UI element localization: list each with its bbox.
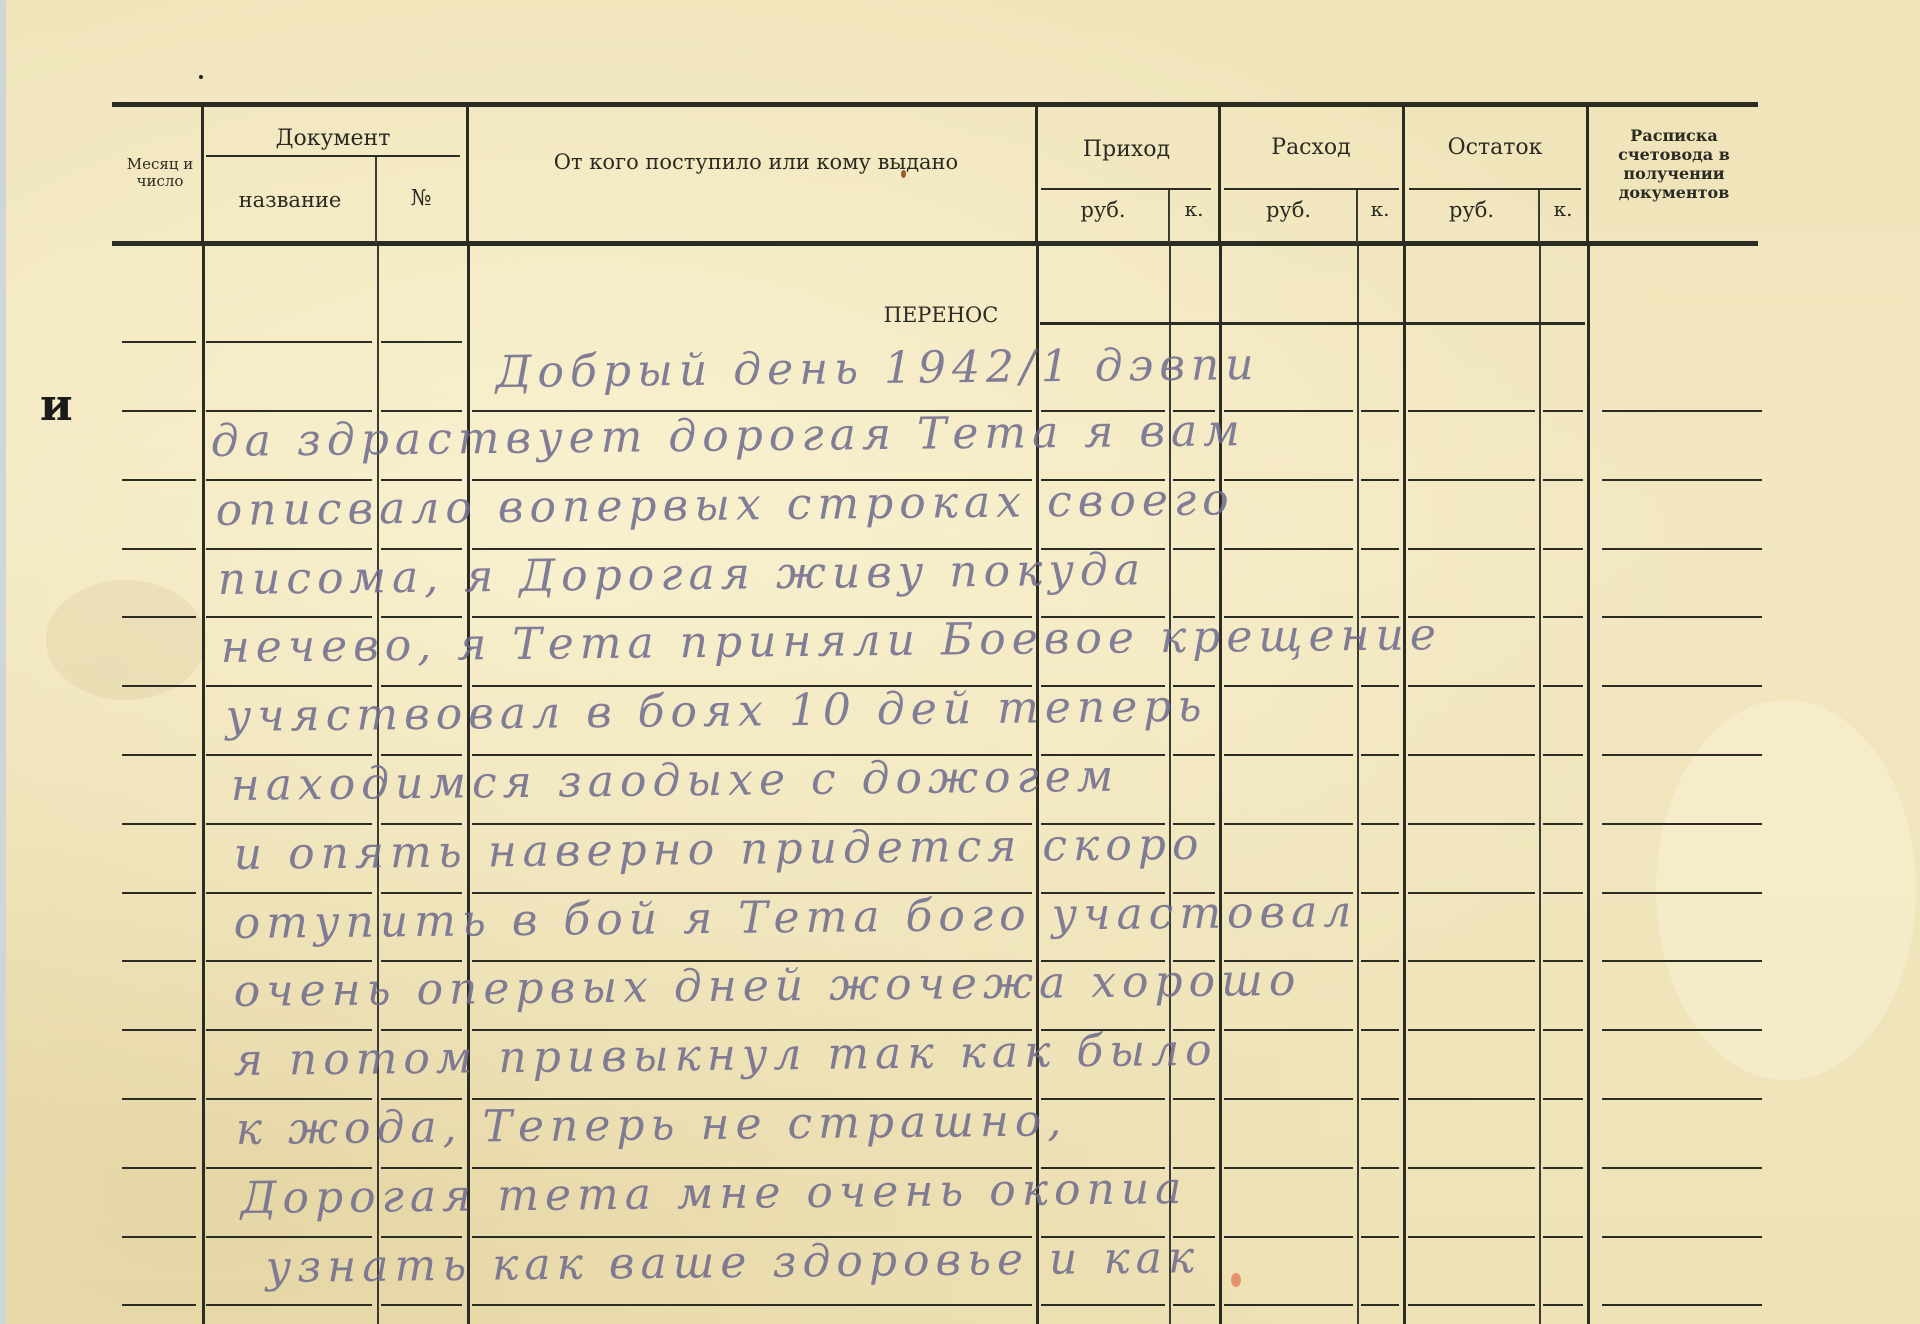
row-rule — [1602, 1167, 1762, 1169]
row-rule — [1408, 1029, 1535, 1031]
row-rule — [206, 341, 372, 343]
header-income-rub: руб. — [1038, 198, 1168, 222]
row-rule — [1543, 548, 1583, 550]
col-divider — [1402, 107, 1405, 243]
paper-stain — [199, 75, 203, 79]
row-rule — [122, 548, 196, 550]
row-rule — [1602, 548, 1762, 550]
header-balance: Остаток — [1405, 135, 1585, 160]
header-income: Приход — [1038, 137, 1215, 162]
row-rule — [206, 1236, 372, 1238]
row-rule — [1408, 892, 1535, 894]
row-rule — [1602, 754, 1762, 756]
row-rule — [1602, 479, 1762, 481]
row-rule — [206, 1029, 372, 1031]
handwritten-line: очень опервых дней жочежа хорошо — [233, 955, 1301, 1017]
header-expense-rub: руб. — [1221, 198, 1356, 222]
row-rule — [1543, 960, 1583, 962]
row-rule — [1543, 892, 1583, 894]
col-divider — [1586, 107, 1589, 243]
row-rule — [206, 410, 372, 412]
carry-over-label: ПЕРЕНОС — [856, 303, 1026, 327]
row-rule — [1224, 823, 1353, 825]
row-rule — [1361, 548, 1399, 550]
row-rule — [1224, 1167, 1353, 1169]
row-rule — [1361, 1304, 1399, 1306]
row-rule — [1361, 410, 1399, 412]
row-rule — [1602, 892, 1762, 894]
row-rule — [472, 1304, 1032, 1306]
row-rule — [1602, 1236, 1762, 1238]
handwritten-line: нечево, я Тета приняли Боевое крещение — [220, 609, 1442, 673]
row-rule — [1602, 823, 1762, 825]
col-divider — [1587, 246, 1590, 1324]
row-rule — [1041, 1304, 1165, 1306]
row-rule — [1408, 479, 1535, 481]
row-rule — [381, 754, 462, 756]
row-rule — [381, 823, 462, 825]
row-rule — [1408, 410, 1535, 412]
row-rule — [1361, 479, 1399, 481]
row-rule — [1543, 823, 1583, 825]
row-rule — [122, 892, 196, 894]
paper-sheet: и Месяц и число Документ название № От к… — [6, 0, 1920, 1324]
row-rule — [381, 548, 462, 550]
row-rule — [1361, 1236, 1399, 1238]
row-rule — [122, 341, 196, 343]
row-rule — [206, 685, 372, 687]
top-rule — [112, 102, 1758, 107]
row-rule — [206, 548, 372, 550]
row-rule — [381, 1029, 462, 1031]
header-document-name: название — [206, 188, 374, 212]
row-rule — [1408, 754, 1535, 756]
row-rule — [381, 410, 462, 412]
row-rule — [122, 1167, 196, 1169]
col-divider — [202, 246, 205, 1324]
handwritten-line: находимся заодыхе с дожогем — [230, 751, 1119, 811]
document-sub-rule — [206, 155, 460, 157]
row-rule — [381, 341, 462, 343]
row-rule — [1543, 1304, 1583, 1306]
row-rule — [1361, 823, 1399, 825]
header-income-kop: к. — [1170, 198, 1218, 221]
row-rule — [1224, 1029, 1353, 1031]
row-rule — [381, 1236, 462, 1238]
row-rule — [1361, 685, 1399, 687]
header-document-number: № — [378, 186, 464, 211]
income-sub-rule — [1041, 188, 1211, 190]
header-from-to: От кого поступило или кому выдано — [536, 142, 976, 183]
row-rule — [122, 960, 196, 962]
handwritten-line: я потом привыкнул так как было — [233, 1025, 1217, 1086]
row-rule — [206, 754, 372, 756]
row-rule — [1408, 685, 1535, 687]
expense-sub-rule — [1224, 188, 1399, 190]
row-rule — [1602, 1098, 1762, 1100]
header-expense-kop: к. — [1358, 198, 1402, 221]
row-rule — [1224, 1098, 1353, 1100]
header-balance-kop: к. — [1540, 198, 1586, 221]
handwritten-line: учяствовал в боях 10 дей теперь — [225, 681, 1207, 742]
header-bottom-rule — [112, 241, 1758, 246]
row-rule — [1173, 1304, 1215, 1306]
handwritten-line: к жода, Теперь не страшно, — [235, 1095, 1067, 1155]
col-divider — [466, 107, 469, 243]
row-rule — [1602, 1029, 1762, 1031]
row-rule — [122, 1029, 196, 1031]
handwritten-line: описвало вопервых строках своего — [215, 474, 1234, 536]
balance-sub-rule — [1409, 188, 1581, 190]
row-rule — [206, 1304, 372, 1306]
row-rule — [381, 1098, 462, 1100]
row-rule — [206, 1098, 372, 1100]
row-rule — [1543, 616, 1583, 618]
row-rule — [1173, 548, 1215, 550]
row-rule — [122, 685, 196, 687]
handwritten-line: узнать как ваше здоровье и как — [265, 1232, 1200, 1293]
row-rule — [381, 1167, 462, 1169]
col-divider — [1357, 246, 1359, 1324]
paper-stain — [46, 580, 206, 700]
col-divider — [1539, 246, 1541, 1324]
row-rule — [206, 1167, 372, 1169]
handwritten-line: и опять наверно придется скоро — [233, 819, 1204, 880]
row-rule — [1224, 1236, 1353, 1238]
row-rule — [1543, 479, 1583, 481]
row-rule — [122, 479, 196, 481]
row-rule — [1408, 823, 1535, 825]
row-rule — [1361, 754, 1399, 756]
header-document: Документ — [206, 126, 460, 151]
row-rule — [1543, 685, 1583, 687]
row-rule — [206, 616, 372, 618]
row-rule — [122, 823, 196, 825]
row-rule — [122, 1098, 196, 1100]
row-rule — [122, 754, 196, 756]
row-rule — [381, 892, 462, 894]
row-rule — [1361, 1098, 1399, 1100]
row-rule — [1224, 1304, 1353, 1306]
row-rule — [1408, 1304, 1535, 1306]
margin-mark: и — [40, 380, 73, 431]
col-divider — [1035, 107, 1038, 243]
row-rule — [1361, 1167, 1399, 1169]
row-rule — [1224, 479, 1353, 481]
row-rule — [1408, 960, 1535, 962]
row-rule — [1224, 754, 1353, 756]
row-rule — [1173, 1098, 1215, 1100]
row-rule — [1408, 1167, 1535, 1169]
row-rule — [1408, 548, 1535, 550]
row-rule — [1224, 548, 1353, 550]
row-rule — [1602, 685, 1762, 687]
col-divider — [1218, 107, 1221, 243]
row-rule — [1361, 960, 1399, 962]
row-rule — [381, 616, 462, 618]
row-rule — [122, 1236, 196, 1238]
row-rule — [381, 685, 462, 687]
row-rule — [206, 892, 372, 894]
row-rule — [1543, 1236, 1583, 1238]
handwritten-line: писома, я Дорогая живу покуда — [217, 544, 1146, 605]
row-rule — [1543, 754, 1583, 756]
row-rule — [1602, 960, 1762, 962]
paper-stain — [1231, 1273, 1241, 1287]
row-rule — [1224, 685, 1353, 687]
row-rule — [1602, 410, 1762, 412]
row-rule — [1361, 892, 1399, 894]
row-rule — [1602, 1304, 1762, 1306]
row-rule — [1602, 616, 1762, 618]
col-divider — [375, 157, 377, 243]
handwritten-line: отупить в бой я Тета бого учаcтовал — [233, 886, 1357, 949]
header-month-day: Месяц и число — [122, 156, 198, 191]
paper-stain — [1656, 700, 1916, 1080]
row-rule — [206, 960, 372, 962]
row-rule — [381, 479, 462, 481]
row-rule — [1543, 1029, 1583, 1031]
header-expense: Расход — [1221, 135, 1401, 160]
header-receipt: Расписка счетовода в получении документо… — [1594, 126, 1754, 202]
row-rule — [122, 410, 196, 412]
row-rule — [122, 616, 196, 618]
row-rule — [122, 1304, 196, 1306]
col-divider — [201, 107, 204, 243]
row-rule — [1173, 754, 1215, 756]
handwritten-line: Добрый день 1942/1 дэвпи — [495, 339, 1259, 398]
row-rule — [381, 1304, 462, 1306]
row-rule — [1361, 1029, 1399, 1031]
header-balance-rub: руб. — [1405, 198, 1538, 222]
row-rule — [206, 479, 372, 481]
row-rule — [1543, 1098, 1583, 1100]
row-rule — [1408, 1236, 1535, 1238]
col-divider — [1403, 246, 1406, 1324]
row-rule — [206, 823, 372, 825]
row-rule — [1543, 1167, 1583, 1169]
row-rule — [1543, 410, 1583, 412]
row-rule — [381, 960, 462, 962]
carry-over-rule — [1040, 322, 1585, 325]
row-rule — [1408, 1098, 1535, 1100]
handwritten-line: да здраствует дорогая Тета я вам — [210, 405, 1246, 467]
handwritten-line: Дорогая тета мне очень окопиа — [240, 1163, 1187, 1224]
